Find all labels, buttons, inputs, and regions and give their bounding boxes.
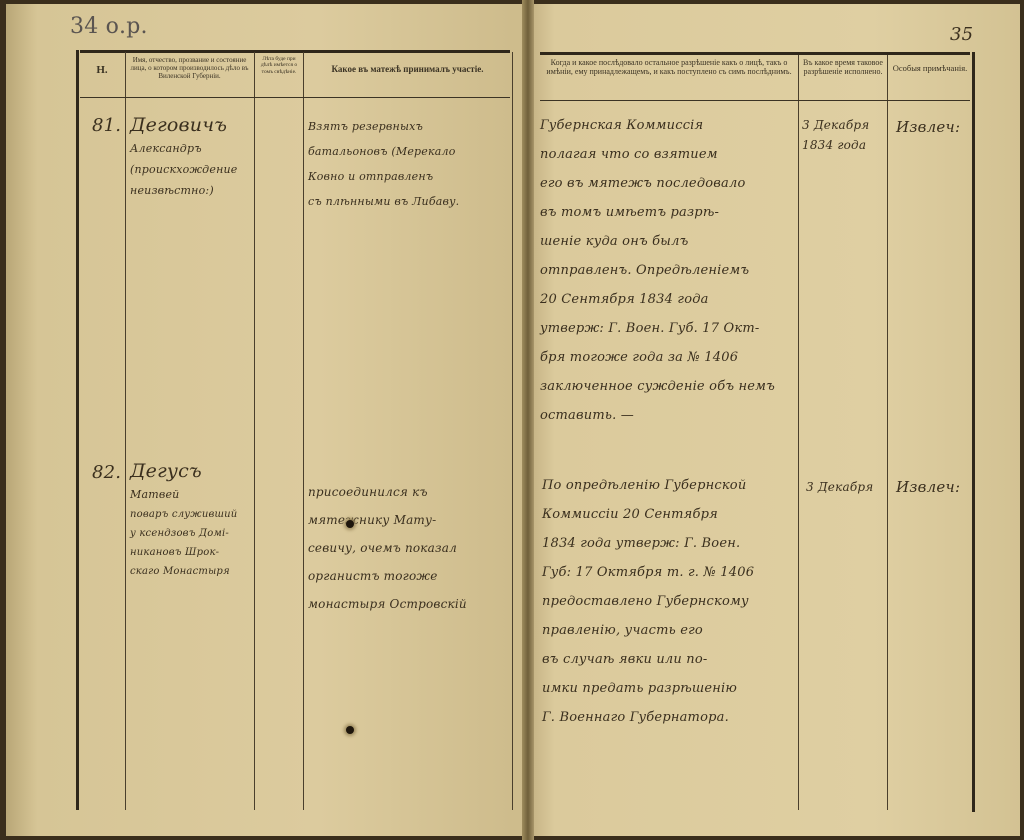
- text-line: мятежнику Мату-: [308, 513, 467, 527]
- date-line: 1834 года: [802, 138, 869, 152]
- left-col-divider-1: [125, 52, 126, 810]
- text-line: Взятъ резервныхъ: [308, 120, 459, 133]
- name-line: поваръ служивший: [130, 509, 237, 520]
- text-line: съ плѣнными въ Либаву.: [308, 195, 459, 208]
- text-line: Коммиссіи 20 Сентября: [542, 507, 754, 522]
- date-line: 3 Декабря: [806, 480, 873, 494]
- right-col-divider-2: [887, 55, 888, 810]
- binding-hole: [346, 726, 354, 734]
- left-header-bottom-rule: [80, 97, 510, 98]
- left-col-divider-3: [303, 52, 304, 810]
- entry-81-resolution: Губернская Коммиссія полагая что со взят…: [540, 118, 775, 423]
- binding-hole: [346, 520, 354, 528]
- name-line: неизвѣстно:): [130, 184, 238, 197]
- entry-81-number: 81.: [92, 115, 121, 136]
- text-line: По опредѣленію Губернской: [542, 478, 754, 493]
- name-line: никановъ Шрок-: [130, 547, 237, 558]
- book-gutter: [522, 0, 534, 840]
- entry-82-notes: Извлеч:: [896, 478, 960, 496]
- right-col-divider-1: [798, 55, 799, 810]
- name-line: у ксендзовъ Домі-: [130, 528, 237, 539]
- header-notes: Особыя примѣчанія.: [889, 64, 971, 74]
- page-number: 35: [950, 24, 973, 45]
- header-vertical: Лѣта буде при дѣлѣ имѣется о томъ свѣдѣн…: [256, 56, 302, 75]
- text-line: оставить. —: [540, 408, 775, 423]
- text-line: монастыря Островскій: [308, 597, 467, 611]
- right-table-border-right: [972, 52, 975, 812]
- name-line: Александръ: [130, 142, 238, 155]
- entry-82-participation: присоединился къ мятежнику Мату- севичу,…: [308, 485, 467, 611]
- text-line: Губернская Коммиссія: [540, 118, 775, 133]
- name-line: Матвей: [130, 488, 237, 501]
- left-table-top-rule: [80, 50, 510, 53]
- text-line: 1834 года утверж: Г. Воен.: [542, 536, 754, 551]
- text-line: Губ: 17 Октября т. г. № 1406: [542, 565, 754, 580]
- header-number: Н.: [80, 64, 124, 77]
- date-line: 3 Декабря: [802, 118, 869, 132]
- right-table-top-rule: [540, 52, 970, 55]
- text-line: въ случаѣ явки или по-: [542, 652, 754, 667]
- text-line: правленію, участь его: [542, 623, 754, 638]
- entry-81-participation: Взятъ резервныхъ батальоновъ (Мерекало К…: [308, 120, 459, 208]
- header-participation: Какое въ матежѣ принималъ участіе.: [305, 64, 510, 74]
- text-line: присоединился къ: [308, 485, 467, 499]
- text-line: севичу, очемъ показал: [308, 541, 467, 555]
- text-line: шеніе куда онъ былъ: [540, 234, 775, 249]
- entry-82-number: 82.: [92, 462, 121, 483]
- text-line: органистъ тогоже: [308, 569, 467, 583]
- text-line: его въ мятежъ последовало: [540, 176, 775, 191]
- text-line: Ковно и отправленъ: [308, 170, 459, 183]
- right-header-bottom-rule: [540, 100, 970, 101]
- entry-81-executed: 3 Декабря 1834 года: [802, 118, 869, 152]
- text-line: Г. Военнаго Губернатора.: [542, 710, 754, 725]
- left-table-border-right: [512, 52, 513, 810]
- text-line: полагая что со взятием: [540, 147, 775, 162]
- header-name: Имя, отчество, прозвание и состояние лиц…: [127, 56, 252, 80]
- header-executed: Въ какое время таковое разрѣшеніе исполн…: [800, 58, 886, 76]
- entry-81-notes: Извлеч:: [896, 118, 960, 136]
- text-line: заключенное сужденіе объ немъ: [540, 379, 775, 394]
- entry-82-name: Дегусъ Матвей поваръ служивший у ксендзо…: [130, 460, 237, 577]
- header-resolution: Когда и какое послѣдовало остальное разр…: [542, 58, 796, 76]
- text-line: утверж: Г. Воен. Губ. 17 Окт-: [540, 321, 775, 336]
- entry-81-name: Деговичъ Александръ (проискхождение неиз…: [130, 114, 238, 197]
- text-line: въ томъ имѣетъ разрѣ-: [540, 205, 775, 220]
- surname: Деговичъ: [130, 114, 238, 136]
- name-line: (проискхождение: [130, 163, 238, 176]
- text-line: предоставлено Губернскому: [542, 594, 754, 609]
- archive-mark: 34 о.р.: [70, 14, 148, 39]
- entry-82-resolution: По опредѣленію Губернской Коммиссіи 20 С…: [542, 478, 754, 725]
- left-table-border-left: [76, 50, 79, 810]
- text-line: отправленъ. Опредѣленіемъ: [540, 263, 775, 278]
- text-line: батальоновъ (Мерекало: [308, 145, 459, 158]
- name-line: скаго Монастыря: [130, 566, 237, 577]
- surname: Дегусъ: [130, 460, 237, 482]
- left-col-divider-2: [254, 52, 255, 810]
- text-line: имки предать разрѣшенію: [542, 681, 754, 696]
- text-line: бря тогоже года за № 1406: [540, 350, 775, 365]
- text-line: 20 Сентября 1834 года: [540, 292, 775, 307]
- entry-82-executed: 3 Декабря: [806, 480, 873, 494]
